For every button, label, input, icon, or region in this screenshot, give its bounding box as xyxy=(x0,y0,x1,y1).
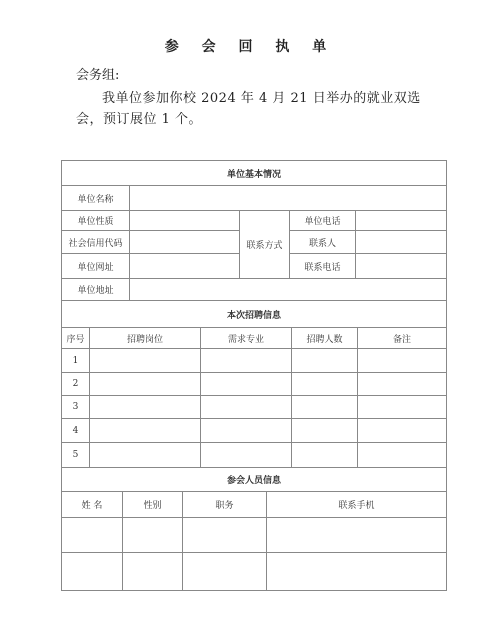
document-title: 参 会 回 执 单 xyxy=(0,36,500,56)
field-position[interactable] xyxy=(90,349,201,373)
table-row xyxy=(62,518,447,553)
field-unit-name[interactable] xyxy=(130,186,447,211)
label-unit-phone: 单位电话 xyxy=(290,211,356,231)
col-header-remarks: 备注 xyxy=(358,328,447,349)
field-gender[interactable] xyxy=(123,553,183,591)
row-index: 1 xyxy=(62,349,90,373)
recruitment-table: 本次招聘信息 序号 招聘岗位 需求专业 招聘人数 备注 1 2 3 4 5 xyxy=(61,300,447,468)
row-index: 5 xyxy=(62,443,90,468)
label-credit-code: 社会信用代码 xyxy=(62,231,130,254)
field-name[interactable] xyxy=(62,518,123,553)
field-credit-code[interactable] xyxy=(130,231,240,254)
greeting: 会务组: xyxy=(76,64,119,83)
field-major[interactable] xyxy=(201,373,292,396)
table-row: 4 xyxy=(62,419,447,443)
field-position[interactable] xyxy=(90,443,201,468)
col-header-major: 需求专业 xyxy=(201,328,292,349)
col-header-mobile: 联系手机 xyxy=(267,492,447,518)
field-headcount[interactable] xyxy=(292,373,358,396)
field-position[interactable] xyxy=(90,419,201,443)
table-row: 5 xyxy=(62,443,447,468)
label-contact-phone: 联系电话 xyxy=(290,254,356,279)
col-header-gender: 性别 xyxy=(123,492,183,518)
col-header-title: 职务 xyxy=(183,492,267,518)
field-headcount[interactable] xyxy=(292,396,358,419)
col-header-name: 姓 名 xyxy=(62,492,123,518)
field-remarks[interactable] xyxy=(358,419,447,443)
field-contact-phone[interactable] xyxy=(356,254,447,279)
col-header-headcount: 招聘人数 xyxy=(292,328,358,349)
table-row: 1 xyxy=(62,349,447,373)
field-major[interactable] xyxy=(201,443,292,468)
label-website: 单位网址 xyxy=(62,254,130,279)
field-mobile[interactable] xyxy=(267,518,447,553)
field-address[interactable] xyxy=(130,279,447,301)
field-position[interactable] xyxy=(90,396,201,419)
field-remarks[interactable] xyxy=(358,373,447,396)
section-header-basic: 单位基本情况 xyxy=(62,161,447,186)
label-contact-method: 联系方式 xyxy=(240,211,290,279)
field-unit-phone[interactable] xyxy=(356,211,447,231)
field-major[interactable] xyxy=(201,419,292,443)
field-gender[interactable] xyxy=(123,518,183,553)
field-name[interactable] xyxy=(62,553,123,591)
field-mobile[interactable] xyxy=(267,553,447,591)
field-headcount[interactable] xyxy=(292,443,358,468)
col-header-index: 序号 xyxy=(62,328,90,349)
field-remarks[interactable] xyxy=(358,443,447,468)
table-row: 3 xyxy=(62,396,447,419)
section-header-recruit: 本次招聘信息 xyxy=(62,301,447,328)
field-remarks[interactable] xyxy=(358,349,447,373)
field-title[interactable] xyxy=(183,518,267,553)
label-address: 单位地址 xyxy=(62,279,130,301)
field-headcount[interactable] xyxy=(292,349,358,373)
field-website[interactable] xyxy=(130,254,240,279)
field-major[interactable] xyxy=(201,349,292,373)
label-contact-person: 联系人 xyxy=(290,231,356,254)
body-paragraph: 我单位参加你校 2024 年 4 月 21 日举办的就业双选会，预订展位 1 个… xyxy=(76,88,426,130)
row-index: 2 xyxy=(62,373,90,396)
table-row xyxy=(62,553,447,591)
field-remarks[interactable] xyxy=(358,396,447,419)
table-row: 2 xyxy=(62,373,447,396)
attendees-table: 参会人员信息 姓 名 性别 职务 联系手机 xyxy=(61,467,447,591)
basic-info-table: 单位基本情况 单位名称 单位性质 联系方式 单位电话 社会信用代码 联系人 单位… xyxy=(61,160,447,301)
field-unit-nature[interactable] xyxy=(130,211,240,231)
field-title[interactable] xyxy=(183,553,267,591)
field-contact-person[interactable] xyxy=(356,231,447,254)
field-major[interactable] xyxy=(201,396,292,419)
field-position[interactable] xyxy=(90,373,201,396)
row-index: 3 xyxy=(62,396,90,419)
label-unit-name: 单位名称 xyxy=(62,186,130,211)
col-header-position: 招聘岗位 xyxy=(90,328,201,349)
row-index: 4 xyxy=(62,419,90,443)
field-headcount[interactable] xyxy=(292,419,358,443)
section-header-attendees: 参会人员信息 xyxy=(62,468,447,492)
label-unit-nature: 单位性质 xyxy=(62,211,130,231)
